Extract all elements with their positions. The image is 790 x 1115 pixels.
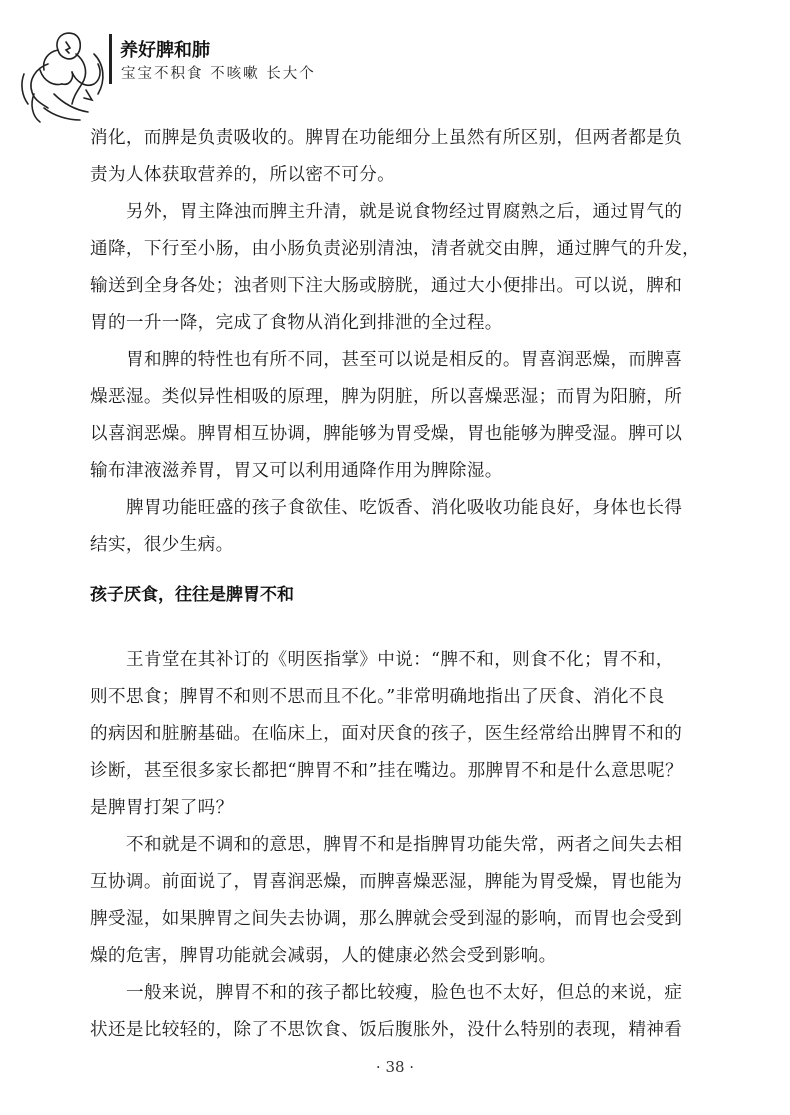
text-line: 胃的一升一降，完成了食物从消化到排泄的全过程。: [90, 311, 503, 335]
text-line: 的病因和脏腑基础。在临床上，面对厌食的孩子，医生经常给出脾胃不和的: [90, 722, 682, 746]
section-heading: 孩子厌食，往往是脾胃不和: [90, 580, 294, 605]
text-line: 不和就是不调和的意思，脾胃不和是指脾胃功能失常，两者之间失去相: [126, 833, 682, 857]
text-line: 脾胃功能旺盛的孩子食欲佳、吃饭香、消化吸收功能良好，身体也长得: [126, 496, 682, 520]
header-divider: [109, 34, 112, 84]
text-line: 结实，很少生病。: [90, 533, 234, 557]
text-line: 胃和脾的特性也有所不同，甚至可以说是相反的。胃喜润恶燥，而脾喜: [126, 348, 682, 372]
text-line: 燥恶湿。类似异性相吸的原理，脾为阴脏，所以喜燥恶湿；而胃为阳腑，所: [90, 385, 682, 409]
text-line: 消化，而脾是负责吸收的。脾胃在功能细分上虽然有所区别，但两者都是负: [90, 126, 682, 150]
text-line: 输送到全身各处；浊者则下注大肠或膀胱，通过大小便排出。可以说，脾和: [90, 274, 682, 298]
text-line: 燥的危害，脾胃功能就会减弱，人的健康必然会受到影响。: [90, 944, 557, 968]
book-subtitle: 宝宝不积食 不咳嗽 长大个: [121, 62, 316, 83]
book-title: 养好脾和肺: [120, 36, 210, 62]
text-line: 诊断，甚至很多家长都把“脾胃不和”挂在嘴边。那脾胃不和是什么意思呢？: [90, 759, 683, 783]
text-line: 是脾胃打架了吗？: [90, 796, 234, 820]
text-line: 王肯堂在其补订的《明医指掌》中说：“脾不和，则食不化；胃不和，: [126, 648, 674, 672]
mother-baby-logo-icon: [14, 24, 114, 124]
text-line: 输布津液滋养胃，胃又可以利用通降作用为脾除湿。: [90, 459, 503, 483]
text-line: 互协调。前面说了，胃喜润恶燥，而脾喜燥恶湿，脾能为胃受燥，胃也能为: [90, 870, 682, 894]
text-line: 状还是比较轻的，除了不思饮食、饭后腹胀外，没什么特别的表现，精神看: [90, 1018, 682, 1042]
text-line: 则不思食；脾胃不和则不思而且不化。”非常明确地指出了厌食、消化不良: [90, 685, 665, 709]
text-line: 另外，胃主降浊而脾主升清，就是说食物经过胃腐熟之后，通过胃气的: [126, 200, 682, 224]
text-line: 通降，下行至小肠，由小肠负责泌别清浊，清者就交由脾，通过脾气的升发，: [90, 237, 700, 261]
text-line: 责为人体获取营养的，所以密不可分。: [90, 163, 395, 187]
page-number: · 38 ·: [0, 1058, 790, 1076]
text-line: 一般来说，脾胃不和的孩子都比较瘦，脸色也不太好，但总的来说，症: [126, 981, 682, 1005]
text-line: 以喜润恶燥。脾胃相互协调，脾能够为胃受燥，胃也能够为脾受湿。脾可以: [90, 422, 682, 446]
page-header: 养好脾和肺 宝宝不积食 不咳嗽 长大个: [0, 0, 790, 120]
text-line: 脾受湿，如果脾胃之间失去协调，那么脾就会受到湿的影响，而胃也会受到: [90, 907, 682, 931]
